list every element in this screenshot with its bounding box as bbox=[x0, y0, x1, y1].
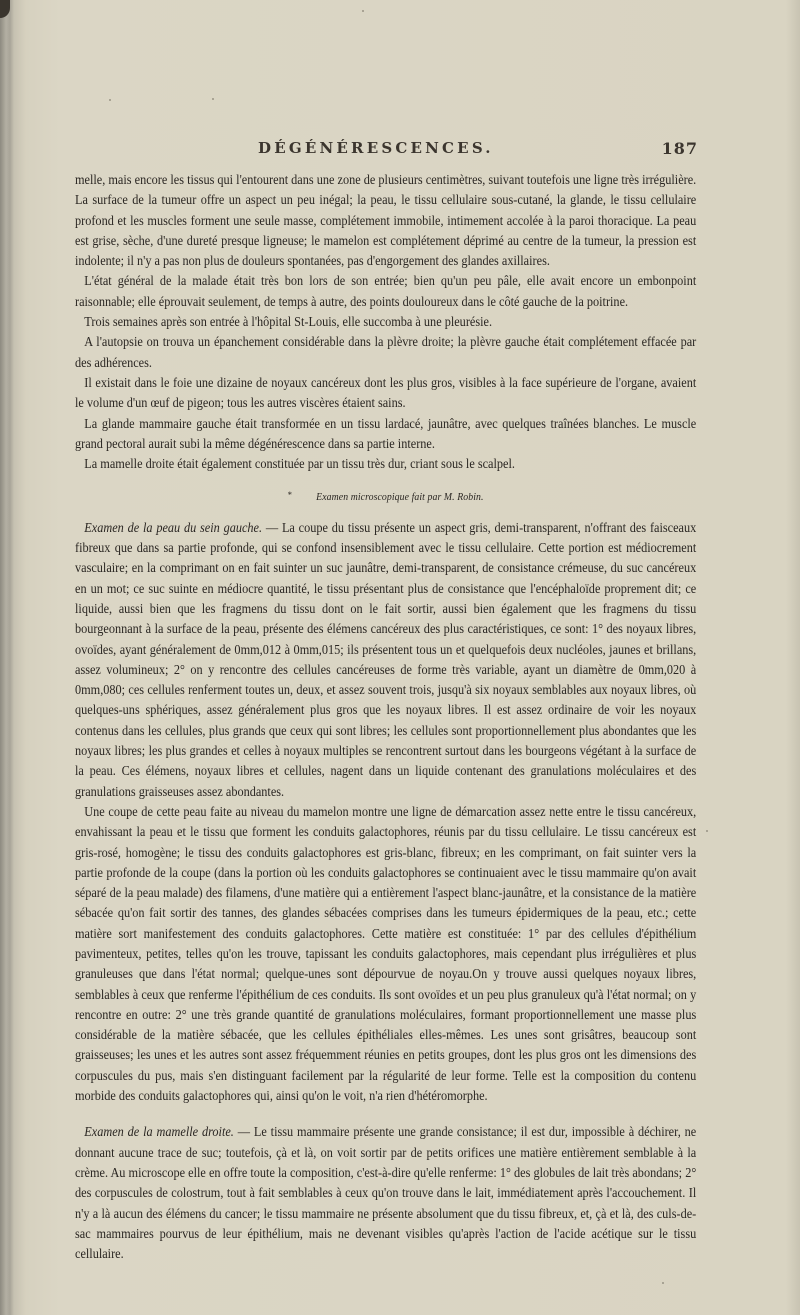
footnote-heading-text: Examen microscopique fait par M. Robin. bbox=[316, 492, 483, 503]
footnote-heading: *Examen microscopique fait par M. Robin. bbox=[75, 485, 696, 508]
section-paragraph-right-breast: Examen de la mamelle droite. — Le tissu … bbox=[75, 1122, 696, 1264]
section-dash: — bbox=[234, 1124, 254, 1139]
section-title: Examen de la mamelle droite. bbox=[84, 1124, 234, 1139]
paper-speck bbox=[109, 99, 111, 101]
paper-speck bbox=[706, 830, 708, 832]
paper-speck bbox=[662, 1282, 664, 1284]
scanned-book-page: DÉGÉNÉRESCENCES. 187 melle, mais encore … bbox=[0, 0, 800, 1315]
section-dash: — bbox=[262, 520, 282, 535]
paper-speck bbox=[362, 10, 364, 12]
paper-speck bbox=[212, 98, 214, 100]
running-head: DÉGÉNÉRESCENCES. 187 bbox=[258, 139, 698, 161]
section-text: La coupe du tissu présente un aspect gri… bbox=[75, 520, 696, 799]
paragraph: Une coupe de cette peau faite au niveau … bbox=[75, 802, 696, 1106]
section-title: Examen de la peau du sein gauche. bbox=[84, 520, 262, 535]
section-paragraph-skin-left-breast: Examen de la peau du sein gauche. — La c… bbox=[75, 518, 696, 802]
paragraph: La mamelle droite était également consti… bbox=[75, 454, 696, 474]
footnote-asterisk: * bbox=[288, 485, 292, 505]
paragraph: A l'autopsie on trouva un épanchement co… bbox=[75, 332, 696, 373]
page-corner-mark bbox=[0, 0, 10, 18]
section-text: Le tissu mammaire présente une grande co… bbox=[75, 1124, 696, 1261]
paragraph: melle, mais encore les tissus qui l'ento… bbox=[75, 170, 696, 271]
paragraph: Il existait dans le foie une dizaine de … bbox=[75, 373, 696, 414]
paragraph: L'état général de la malade était très b… bbox=[75, 271, 696, 312]
running-title: DÉGÉNÉRESCENCES. bbox=[258, 139, 494, 157]
page-number: 187 bbox=[662, 139, 698, 158]
paragraph: La glande mammaire gauche était transfor… bbox=[75, 414, 696, 455]
paragraph: Trois semaines après son entrée à l'hôpi… bbox=[75, 312, 696, 332]
body-text: melle, mais encore les tissus qui l'ento… bbox=[75, 170, 696, 1264]
